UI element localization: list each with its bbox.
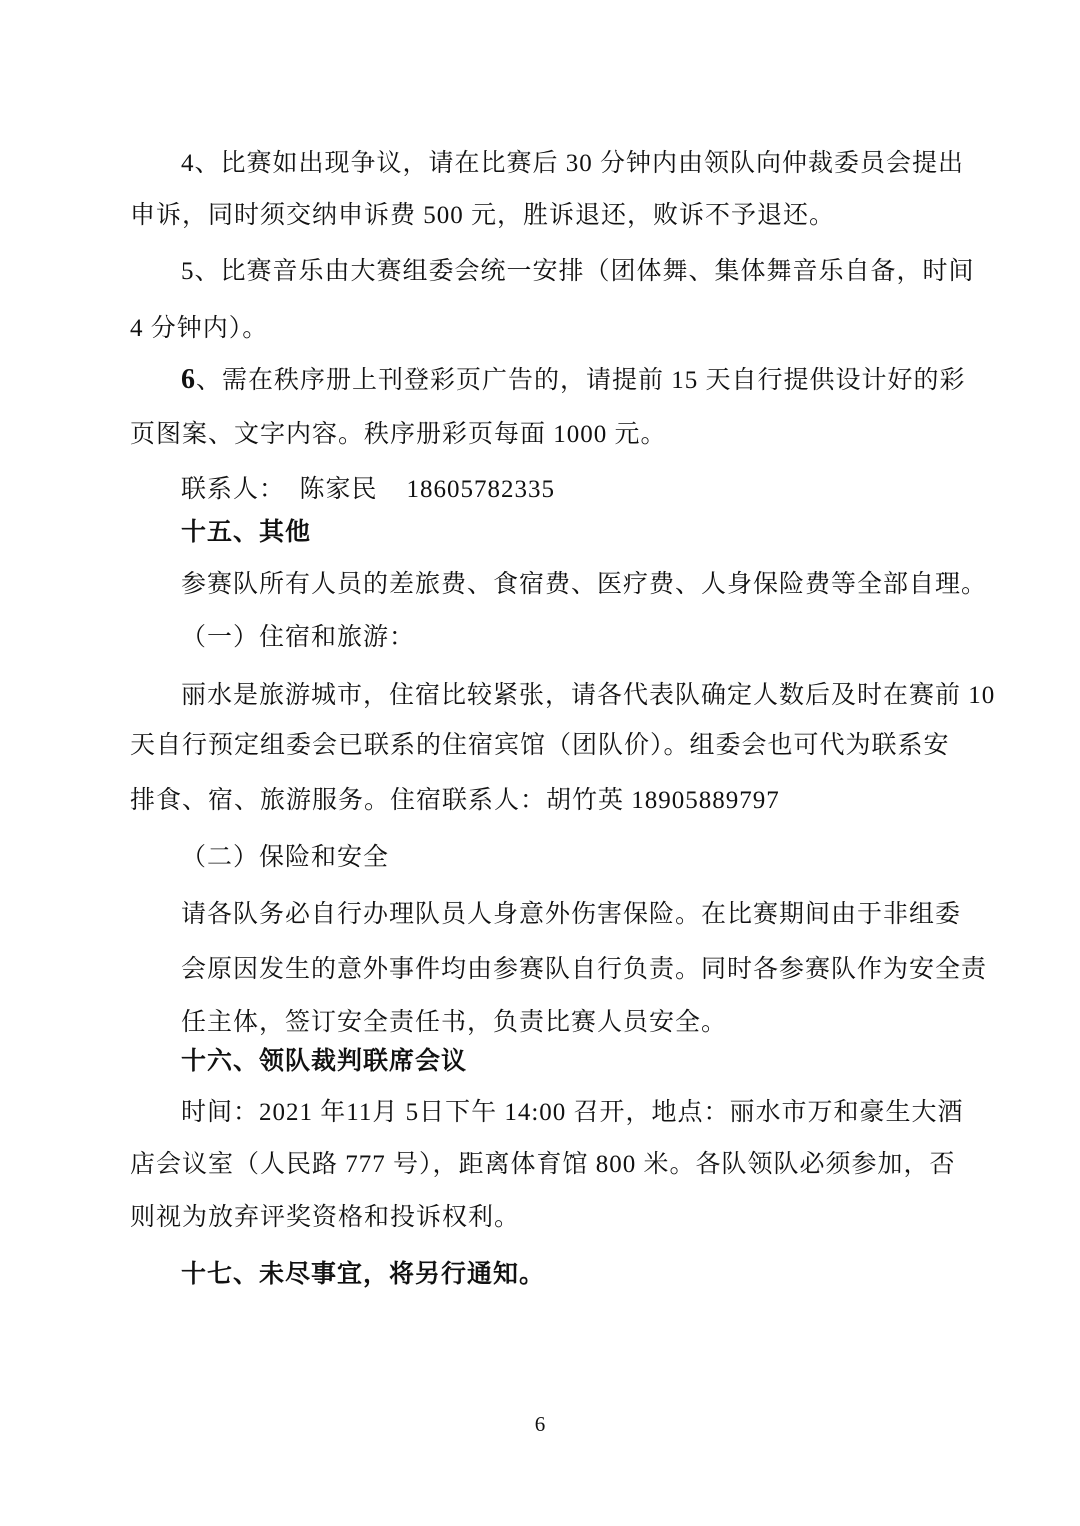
- document-line: 6、需在秩序册上刊登彩页广告的，请提前 15 天自行提供设计好的彩: [181, 366, 966, 394]
- document-line: 参赛队所有人员的差旅费、食宿费、医疗费、人身保险费等全部自理。: [181, 571, 987, 598]
- document-line: 丽水是旅游城市，住宿比较紧张，请各代表队确定人数后及时在赛前 10: [181, 682, 995, 709]
- document-line: 则视为放弃评奖资格和投诉权利。: [130, 1204, 520, 1231]
- document-line: 天自行预定组委会已联系的住宿宾馆（团队价）。组委会也可代为联系安: [130, 732, 950, 759]
- clause-number: 6: [181, 364, 196, 395]
- document-line: 时间：2021 年11月 5日下午 14:00 召开，地点：丽水市万和豪生大酒: [181, 1099, 964, 1126]
- lodging-contact-line: 排食、宿、旅游服务。住宿联系人：胡竹英 18905889797: [130, 787, 780, 814]
- document-line: 会原因发生的意外事件均由参赛队自行负责。同时各参赛队作为安全责: [181, 956, 987, 983]
- document-line: 店会议室（人民路 777 号），距离体育馆 800 米。各队领队必须参加，否: [130, 1151, 956, 1178]
- contact-line: 联系人： 陈家民 18605782335: [181, 476, 555, 503]
- subsection-heading-1: （一）住宿和旅游：: [181, 624, 415, 651]
- document-page: 4、比赛如出现争议，请在比赛后 30 分钟内由领队向仲裁委员会提出 申诉，同时须…: [0, 0, 1080, 1526]
- section-heading-17: 十七、未尽事宜，将另行通知。: [181, 1261, 545, 1288]
- subsection-heading-2: （二）保险和安全: [181, 844, 389, 871]
- section-heading-16: 十六、领队裁判联席会议: [181, 1048, 467, 1075]
- document-line: 4 分钟内）。: [130, 315, 268, 342]
- document-line: 请各队务必自行办理队员人身意外伤害保险。在比赛期间由于非组委: [181, 901, 961, 928]
- document-line: 4、比赛如出现争议，请在比赛后 30 分钟内由领队向仲裁委员会提出: [181, 150, 964, 177]
- clause-text: 、需在秩序册上刊登彩页广告的，请提前 15 天自行提供设计好的彩: [196, 367, 966, 394]
- document-line: 5、比赛音乐由大赛组委会统一安排（团体舞、集体舞音乐自备，时间: [181, 258, 975, 285]
- document-line: 任主体，签订安全责任书，负责比赛人员安全。: [181, 1009, 727, 1036]
- document-line: 页图案、文字内容。秩序册彩页每面 1000 元。: [130, 421, 667, 448]
- document-line: 申诉，同时须交纳申诉费 500 元，胜诉退还，败诉不予退还。: [130, 202, 835, 229]
- section-heading-15: 十五、其他: [181, 519, 311, 546]
- page-number: 6: [0, 1412, 1080, 1437]
